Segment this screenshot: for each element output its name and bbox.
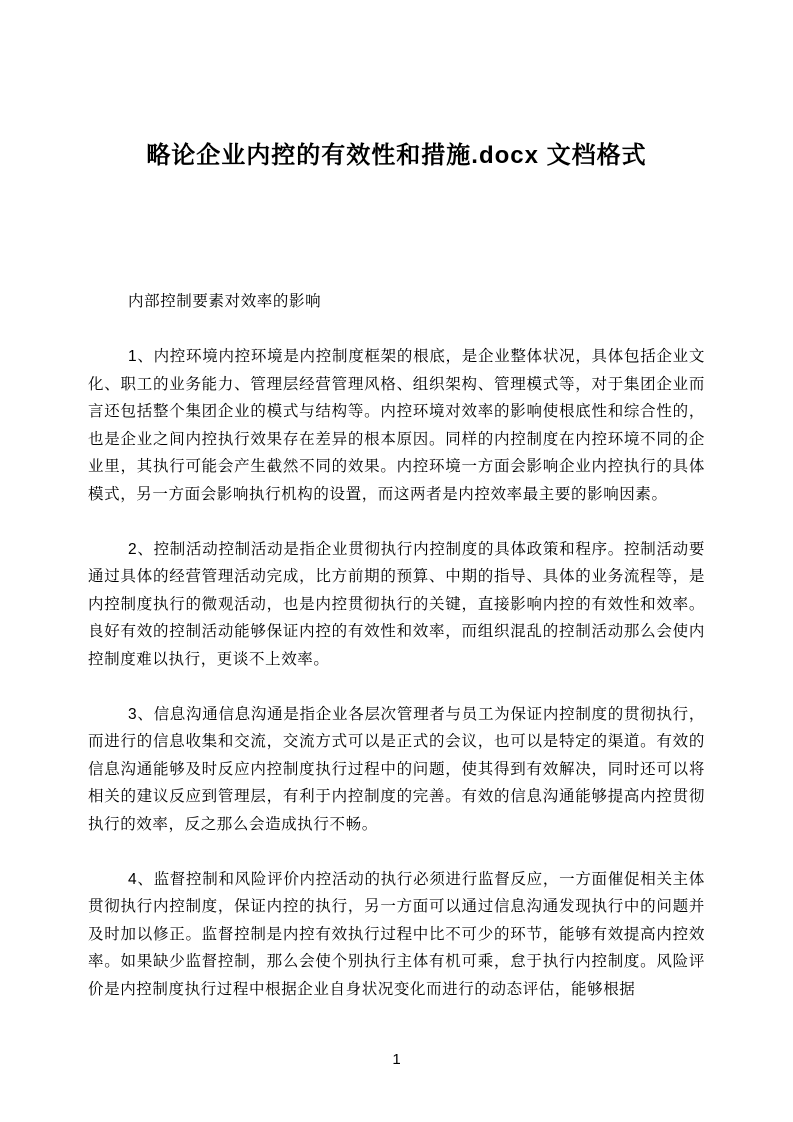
paragraph-control-activities: 2、控制活动控制活动是指企业贯彻执行内控制度的具体政策和程序。控制活动要通过具体… (88, 536, 705, 674)
document-title: 略论企业内控的有效性和措施.docx 文档格式 (88, 140, 705, 172)
paragraph-supervision-risk-evaluation: 4、监督控制和风险评价内控活动的执行必须进行监督反应，一方面催促相关主体贯彻执行… (88, 866, 705, 1004)
paragraph-information-communication: 3、信息沟通信息沟通是指企业各层次管理者与员工为保证内控制度的贯彻执行，而进行的… (88, 701, 705, 839)
document-page: 略论企业内控的有效性和措施.docx 文档格式 内部控制要素对效率的影响 1、内… (0, 0, 793, 1122)
page-number: 1 (0, 1050, 793, 1070)
paragraph-internal-control-environment: 1、内控环境内控环境是内控制度框架的根底，是企业整体状况，具体包括企业文化、职工… (88, 343, 705, 508)
section-heading: 内部控制要素对效率的影响 (88, 288, 705, 316)
